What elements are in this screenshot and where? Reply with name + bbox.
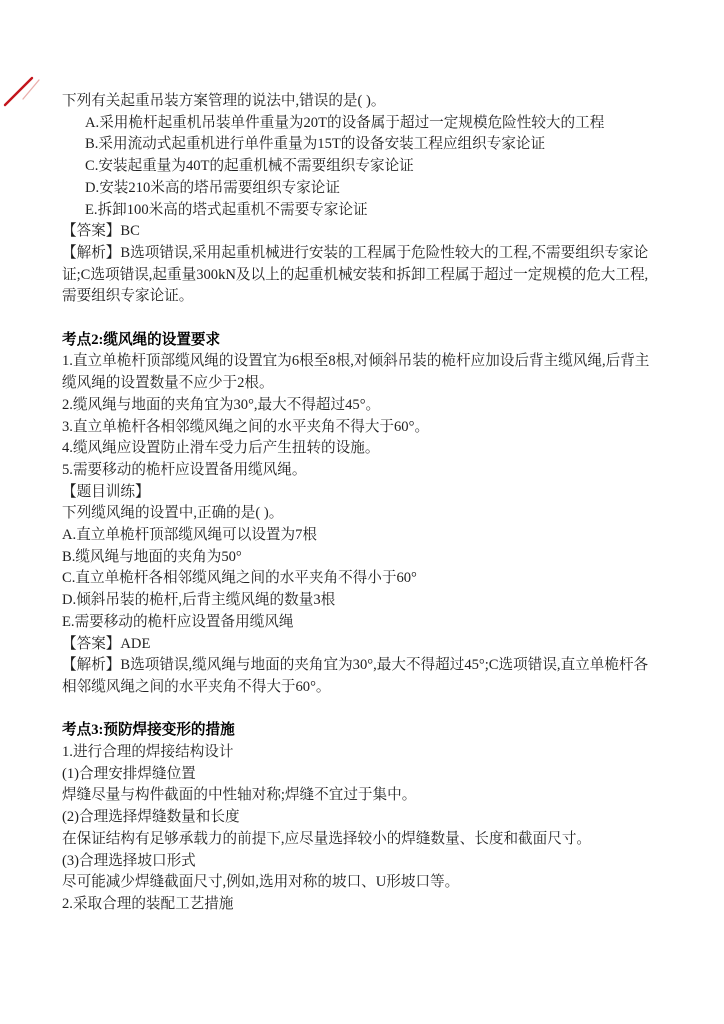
question1-option-d: D.安装210米高的塔吊需要组织专家论证 bbox=[62, 178, 656, 200]
answer-label: 【答案】 bbox=[62, 223, 120, 239]
red-slash-dark-stroke bbox=[5, 78, 32, 105]
question1-option-a: A.采用桅杆起重机吊装单件重量为20T的设备属于超过一定规模危险性较大的工程 bbox=[62, 113, 656, 135]
kaodian3-line-3: 焊缝尽量与构件截面的中性轴对称;焊缝不宜过于集中。 bbox=[62, 785, 656, 807]
question2-option-a: A.直立单桅杆顶部缆风绳可以设置为7根 bbox=[62, 525, 656, 547]
analysis-label: 【解析】 bbox=[62, 245, 120, 261]
analysis-text: B选项错误,缆风绳与地面的夹角宜为30°,最大不得超过45°;C选项错误,直立单… bbox=[62, 657, 648, 695]
question2-option-d: D.倾斜吊装的桅杆,后背主缆风绳的数量3根 bbox=[62, 590, 656, 612]
kaodian3-line-6: (3)合理选择坡口形式 bbox=[62, 851, 656, 873]
kaodian2-item-5: 5.需要移动的桅杆应设置备用缆风绳。 bbox=[62, 460, 656, 482]
answer-value: BC bbox=[120, 223, 139, 239]
question2-option-b: B.缆风绳与地面的夹角为50° bbox=[62, 547, 656, 569]
question2-option-e: E.需要移动的桅杆应设置备用缆风绳 bbox=[62, 612, 656, 634]
question1-stem: 下列有关起重吊装方案管理的说法中,错误的是( )。 bbox=[62, 91, 656, 113]
question1-analysis-line: 【解析】B选项错误,采用起重机械进行安装的工程属于危险性较大的工程,不需要组织专… bbox=[62, 243, 656, 308]
kaodian2-item-4: 4.缆风绳应设置防止滑车受力后产生扭转的设施。 bbox=[62, 438, 656, 460]
question1-option-c: C.安装起重量为40T的起重机械不需要组织专家论证 bbox=[62, 156, 656, 178]
document-content: 下列有关起重吊装方案管理的说法中,错误的是( )。 A.采用桅杆起重机吊装单件重… bbox=[62, 91, 656, 916]
question1-answer-line: 【答案】BC bbox=[62, 221, 656, 243]
document-page: 下列有关起重吊装方案管理的说法中,错误的是( )。 A.采用桅杆起重机吊装单件重… bbox=[0, 0, 724, 1024]
kaodian3-line-7: 尽可能减少焊缝截面尺寸,例如,选用对称的坡口、U形坡口等。 bbox=[62, 872, 656, 894]
kaodian3-line-4: (2)合理选择焊缝数量和长度 bbox=[62, 807, 656, 829]
kaodian3-line-8: 2.采取合理的装配工艺措施 bbox=[62, 894, 656, 916]
red-slash-light-stroke bbox=[23, 80, 39, 99]
answer-value: ADE bbox=[120, 636, 150, 652]
kaodian2-item-3: 3.直立单桅杆各相邻缆风绳之间的水平夹角不得大于60°。 bbox=[62, 417, 656, 439]
question2-answer-line: 【答案】ADE bbox=[62, 634, 656, 656]
question2-option-c: C.直立单桅杆各相邻缆风绳之间的水平夹角不得小于60° bbox=[62, 568, 656, 590]
question2-analysis-line: 【解析】B选项错误,缆风绳与地面的夹角宜为30°,最大不得超过45°;C选项错误… bbox=[62, 655, 656, 698]
kaodian3-line-2: (1)合理安排焊缝位置 bbox=[62, 764, 656, 786]
answer-label: 【答案】 bbox=[62, 636, 120, 652]
question1-option-b: B.采用流动式起重机进行单件重量为15T的设备安装工程应组织专家论证 bbox=[62, 134, 656, 156]
kaodian2-item-1: 1.直立单桅杆顶部缆风绳的设置宜为6根至8根,对倾斜吊装的桅杆应加设后背主缆风绳… bbox=[62, 351, 656, 394]
kaodian3-line-1: 1.进行合理的焊接结构设计 bbox=[62, 742, 656, 764]
analysis-label: 【解析】 bbox=[62, 657, 120, 673]
red-slash-mark-icon bbox=[2, 72, 44, 108]
question2-stem: 下列缆风绳的设置中,正确的是( )。 bbox=[62, 503, 656, 525]
kaodian2-item-2: 2.缆风绳与地面的夹角宜为30°,最大不得超过45°。 bbox=[62, 395, 656, 417]
kaodian2-heading: 考点2:缆风绳的设置要求 bbox=[62, 330, 656, 352]
analysis-text: B选项错误,采用起重机械进行安装的工程属于危险性较大的工程,不需要组织专家论证;… bbox=[62, 245, 648, 304]
kaodian3-line-5: 在保证结构有足够承载力的前提下,应尽量选择较小的焊缝数量、长度和截面尺寸。 bbox=[62, 829, 656, 851]
training-label: 【题目训练】 bbox=[62, 482, 656, 504]
kaodian3-heading: 考点3:预防焊接变形的措施 bbox=[62, 720, 656, 742]
question1-option-e: E.拆卸100米高的塔式起重机不需要专家论证 bbox=[62, 200, 656, 222]
